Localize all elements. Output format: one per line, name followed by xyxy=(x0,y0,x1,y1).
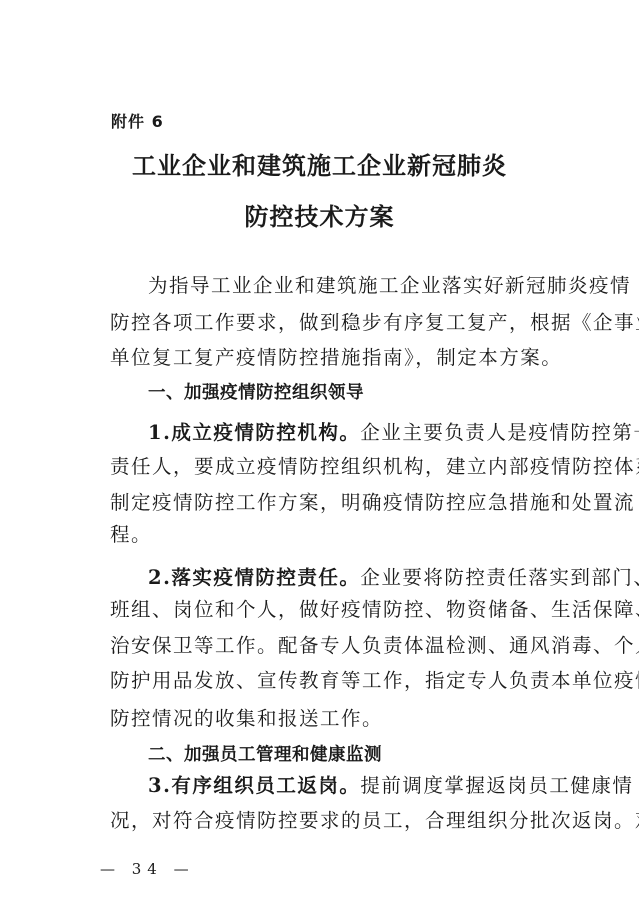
item-line: 程。 xyxy=(110,523,540,547)
document-title-line-2: 防控技术方案 xyxy=(0,197,639,232)
item-text: 企业要将防控责任落实到部门、 xyxy=(360,566,639,589)
item-lead: 1.成立疫情防控机构。 xyxy=(148,421,360,444)
document-title-line-1: 工业企业和建筑施工企业新冠肺炎 xyxy=(0,146,639,181)
item-text: 企业主要负责人是疫情防控第一 xyxy=(360,421,639,444)
item-text: 提前调度掌握返岗员工健康情 xyxy=(360,774,633,797)
item-line: 防控情况的收集和报送工作。 xyxy=(110,707,540,731)
intro-line: 为指导工业企业和建筑施工企业落实好新冠肺炎疫情 xyxy=(110,274,578,298)
section-heading-1: 一、加强疫情防控组织领导 xyxy=(110,381,578,405)
item-line: 责任人，要成立疫情防控组织机构，建立内部疫情防控体系， xyxy=(110,455,540,479)
intro-line: 单位复工复产疫情防控措施指南》，制定本方案。 xyxy=(110,346,540,370)
item-lead: 2.落实疫情防控责任。 xyxy=(148,566,360,589)
item-line: 防护用品发放、宣传教育等工作，指定专人负责本单位疫情 xyxy=(110,669,540,693)
item-first-line: 3.有序组织员工返岗。提前调度掌握返岗员工健康情 xyxy=(110,774,578,798)
item-first-line: 1.成立疫情防控机构。企业主要负责人是疫情防控第一 xyxy=(110,421,578,445)
item-line: 治安保卫等工作。配备专人负责体温检测、通风消毒、个人 xyxy=(110,634,540,658)
attachment-label: 附件 6 xyxy=(111,109,164,132)
intro-line: 防控各项工作要求，做到稳步有序复工复产，根据《企事业 xyxy=(110,311,540,335)
item-line: 班组、岗位和个人，做好疫情防控、物资储备、生活保障、 xyxy=(110,598,540,622)
page-number: — 34 — xyxy=(100,860,195,878)
item-first-line: 2.落实疫情防控责任。企业要将防控责任落实到部门、 xyxy=(110,566,578,590)
section-heading-2: 二、加强员工管理和健康监测 xyxy=(110,743,578,767)
item-line: 况，对符合疫情防控要求的员工，合理组织分批次返岗。对 xyxy=(110,809,540,833)
item-lead: 3.有序组织员工返岗。 xyxy=(148,774,360,797)
item-line: 制定疫情防控工作方案，明确疫情防控应急措施和处置流 xyxy=(110,491,540,515)
